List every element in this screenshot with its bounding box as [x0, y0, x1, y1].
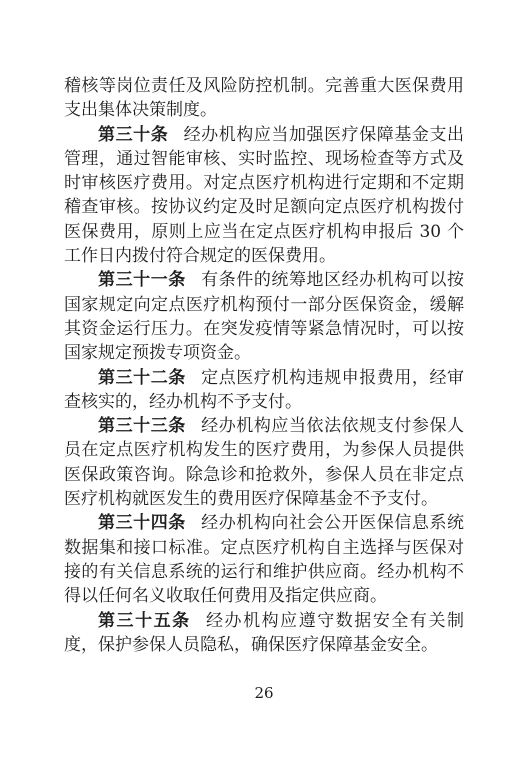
article-heading: 第三十一条 [98, 270, 186, 290]
article-paragraph: 第三十二条定点医疗机构违规申报费用，经审查核实的，经办机构不予支付。 [64, 366, 464, 415]
article-body: 经办机构应当加强医疗保障基金支出管理，通过智能审核、实时监控、现场检查等方式及时… [64, 125, 464, 266]
article-heading: 第三十条 [98, 125, 168, 145]
article-heading: 第三十四条 [98, 513, 186, 533]
articles: 第三十条经办机构应当加强医疗保障基金支出管理，通过智能审核、实时监控、现场检查等… [64, 123, 464, 658]
page-number: 26 [0, 684, 528, 702]
article-paragraph: 第三十一条有条件的统筹地区经办机构可以按国家规定向定点医疗机构预付一部分医保资金… [64, 268, 464, 365]
document-content: 稽核等岗位责任及风险防控机制。完善重大医保费用支出集体决策制度。 第三十条经办机… [64, 74, 464, 657]
article-paragraph: 第三十五条经办机构应遵守数据安全有关制度，保护参保人员隐私，确保医疗保障基金安全… [64, 609, 464, 658]
continuation-paragraph: 稽核等岗位责任及风险防控机制。完善重大医保费用支出集体决策制度。 [64, 74, 464, 123]
article-paragraph: 第三十三条经办机构应当依法依规支付参保人员在定点医疗机构发生的医疗费用，为参保人… [64, 414, 464, 511]
article-paragraph: 第三十条经办机构应当加强医疗保障基金支出管理，通过智能审核、实时监控、现场检查等… [64, 123, 464, 269]
article-heading: 第三十五条 [98, 611, 191, 631]
article-heading: 第三十三条 [98, 416, 186, 436]
article-heading: 第三十二条 [98, 368, 186, 388]
document-page: 稽核等岗位责任及风险防控机制。完善重大医保费用支出集体决策制度。 第三十条经办机… [0, 0, 528, 767]
article-paragraph: 第三十四条经办机构向社会公开医保信息系统数据集和接口标准。定点医疗机构自主选择与… [64, 511, 464, 608]
